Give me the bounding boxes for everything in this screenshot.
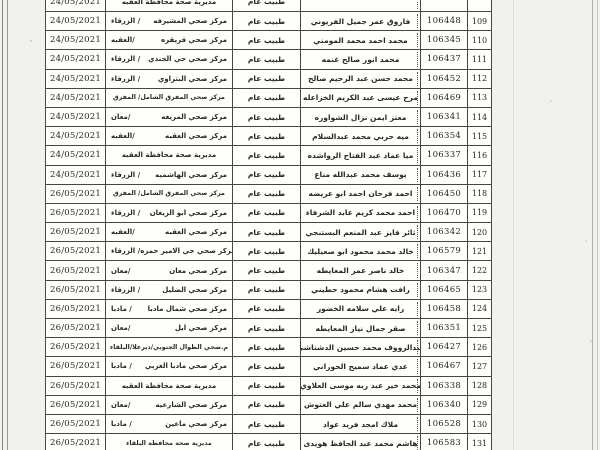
name-cell: معتز ايمن نزال الشواوره: [301, 108, 421, 126]
date-cell: 26/05/2021: [46, 434, 106, 450]
job-title-cell: طبيب عام: [233, 31, 301, 49]
district-label: /العقبه: [111, 228, 135, 236]
health-center-label: مركز صحي الضليل: [162, 286, 227, 294]
job-title-cell: طبيب عام: [233, 146, 301, 164]
health-center-label: مركز صحي المفرق الشامل/ المفرق: [113, 94, 225, 101]
id-cell: 106354: [421, 127, 468, 145]
health-center-label: مديرية صحة محافظة العقبه: [122, 151, 216, 159]
row-number-cell: 130: [468, 415, 491, 433]
id-cell: 106338: [421, 377, 468, 395]
name-cell: [301, 0, 421, 11]
workplace-cell: /العقبهمركز صحي قريقره: [106, 31, 233, 49]
page-margin-faint-rule: [513, 0, 514, 450]
district-label: /العقبه: [111, 36, 135, 44]
table-row: 24/05/2021/العقبهمركز صحي قريقرهطبيب عام…: [46, 31, 491, 50]
page-edge-rule-right-outer: [597, 0, 598, 450]
row-number-cell: [468, 0, 491, 11]
health-center-label: مركز صحي حي الامير حمزه: [140, 247, 233, 255]
scan-noise-specks: [30, 40, 32, 42]
id-cell: 106342: [421, 223, 468, 241]
health-center-label: م.صحي الطوال الجنوبي/ديرعلا/البلقاء: [110, 344, 228, 351]
row-number-cell: 115: [468, 127, 491, 145]
table-row: 26/05/2021/معانمركز صحي الشارعيهطبيب عام…: [46, 396, 491, 415]
workplace-cell: /العقبهمركز صحي العقبه: [106, 223, 233, 241]
table-row: 26/05/2021/ الزرقاءمركز صحي ابو الزيغانط…: [46, 204, 491, 223]
partial-table-row: 24/05/2021مديرية صحة محافظة العقبهطبيب ع…: [46, 0, 491, 12]
name-cell: محمد انور صالح غنمه: [301, 50, 421, 68]
date-cell: 26/05/2021: [46, 319, 106, 337]
district-label: / الزرقاء: [111, 247, 140, 255]
job-title-cell: طبيب عام: [233, 300, 301, 318]
name-cell: احمد محمد كريم عابد الشرفاء: [301, 204, 421, 222]
district-label: / الزرقاء: [111, 55, 140, 63]
date-cell: 24/05/2021: [46, 146, 106, 164]
health-center-label: مركز صحي ابو الزيغان: [150, 209, 227, 217]
date-cell: 26/05/2021: [46, 396, 106, 414]
id-cell: 106528: [421, 415, 468, 433]
scanned-table: 24/05/2021مديرية صحة محافظة العقبهطبيب ع…: [45, 0, 492, 450]
job-title-cell: طبيب عام: [233, 415, 301, 433]
name-cell: محمد خير عبد ربه موسى العلاوي: [301, 377, 421, 395]
district-label: /معان: [111, 113, 130, 121]
workplace-cell: / الزرقاءمركز صحي الضليل: [106, 281, 233, 299]
date-cell: 24/05/2021: [46, 50, 106, 68]
row-number-cell: 131: [468, 434, 491, 450]
id-cell: 106345: [421, 31, 468, 49]
row-number-cell: 120: [468, 223, 491, 241]
district-label: / الزرقاء: [111, 209, 140, 217]
workplace-cell: مديرية صحة محافظة البلقاء: [106, 434, 233, 450]
date-cell: 24/05/2021: [46, 12, 106, 30]
health-center-label: مركز صحي المشيرفه: [153, 17, 227, 25]
table-row: 26/05/2021/ مادبامركز صحي مادبا الغربيطب…: [46, 357, 491, 376]
row-number-cell: 117: [468, 166, 491, 184]
health-center-label: مركز صحي العقبه: [165, 132, 227, 140]
id-cell: [421, 0, 468, 11]
job-title-cell: طبيب عام: [233, 185, 301, 203]
health-center-label: مركز صحي معان: [169, 267, 227, 275]
district-label: / مادبا: [111, 305, 132, 313]
table-row: 26/05/2021/ مادبامركز صحي ماعينطبيب عامم…: [46, 415, 491, 434]
row-number-cell: 126: [468, 338, 491, 356]
table-row: 26/05/2021/معانمركز صحي ايلطبيب عامصقر ج…: [46, 319, 491, 338]
id-cell: 106437: [421, 50, 468, 68]
health-center-label: مديرية صحة محافظة العقبه: [122, 0, 216, 6]
name-cell: فاروق عمر جميل الفريوني: [301, 12, 421, 30]
row-number-cell: 121: [468, 242, 491, 260]
job-title-cell: طبيب عام: [233, 0, 301, 11]
name-cell: رافت هشام محمود حطيني: [301, 281, 421, 299]
row-number-cell: 129: [468, 396, 491, 414]
workplace-cell: مديرية صحة محافظة العقبه: [106, 377, 233, 395]
row-number-cell: 109: [468, 12, 491, 30]
job-title-cell: طبيب عام: [233, 281, 301, 299]
job-title-cell: طبيب عام: [233, 434, 301, 450]
name-cell: خالد ناصر عمر المعايطه: [301, 261, 421, 279]
table-row: 26/05/2021/ الزرقاءمركز صحي الضليلطبيب ع…: [46, 281, 491, 300]
row-number-cell: 123: [468, 281, 491, 299]
row-number-cell: 119: [468, 204, 491, 222]
workplace-cell: / مادبامركز صحي شمال مادبا: [106, 300, 233, 318]
id-cell: 106583: [421, 434, 468, 450]
table-row: 24/05/2021مديرية صحة محافظة العقبهطبيب ع…: [46, 146, 491, 165]
table-row: 26/05/2021/العقبهمركز صحي العقبهطبيب عام…: [46, 223, 491, 242]
page-edge-rule-right-inner: [592, 0, 593, 450]
district-label: / مادبا: [111, 362, 132, 370]
name-cell: ثائر فايز عبد المنعم البستنجي: [301, 223, 421, 241]
id-cell: 106465: [421, 281, 468, 299]
workplace-cell: / الزرقاءمركز صحي البتراوي: [106, 70, 233, 88]
health-center-label: مركز صحي قريقره: [161, 36, 227, 44]
district-label: /العقبه: [111, 132, 135, 140]
job-title-cell: طبيب عام: [233, 12, 301, 30]
workplace-cell: / الزرقاءمركز صحي ابو الزيغان: [106, 204, 233, 222]
job-title-cell: طبيب عام: [233, 261, 301, 279]
workplace-cell: مديرية صحة محافظة العقبه: [106, 0, 233, 11]
id-cell: 106450: [421, 185, 468, 203]
job-title-cell: طبيب عام: [233, 50, 301, 68]
district-label: / الزرقاء: [111, 171, 140, 179]
row-number-cell: 113: [468, 89, 491, 107]
id-cell: 106337: [421, 146, 468, 164]
district-label: /معان: [111, 324, 130, 332]
date-cell: 26/05/2021: [46, 242, 106, 260]
job-title-cell: طبيب عام: [233, 89, 301, 107]
date-cell: 26/05/2021: [46, 415, 106, 433]
district-label: / الزرقاء: [111, 17, 140, 25]
id-cell: 106347: [421, 261, 468, 279]
page-edge-rule-left-outer: [2, 0, 3, 450]
workplace-cell: مركز صحي المفرق الشامل/ المفرق: [106, 89, 233, 107]
name-cell: محمد احمد محمد المومني: [301, 31, 421, 49]
workplace-cell: / الزرقاءمركز صحي حي الجندي: [106, 50, 233, 68]
id-cell: 106427: [421, 338, 468, 356]
name-cell: محمد حسن عبد الرحيم صالح: [301, 70, 421, 88]
workplace-cell: / الزرقاءمركز صحي المشيرفه: [106, 12, 233, 30]
workplace-cell: / مادبامركز صحي ماعين: [106, 415, 233, 433]
table-row: 24/05/2021/ الزرقاءمركز صحي الهاشميهطبيب…: [46, 166, 491, 185]
name-cell: ميه حربي محمد عبدالسلام: [301, 127, 421, 145]
workplace-cell: / الزرقاءمركز صحي حي الامير حمزه: [106, 242, 233, 260]
date-cell: 24/05/2021: [46, 0, 106, 11]
district-label: /معان: [111, 267, 130, 275]
id-cell: 106351: [421, 319, 468, 337]
id-cell: 106458: [421, 300, 468, 318]
table-row: 24/05/2021/ الزرقاءمركز صحي حي الجنديطبي…: [46, 50, 491, 69]
district-label: / مادبا: [111, 420, 132, 428]
row-number-cell: 124: [468, 300, 491, 318]
date-cell: 24/05/2021: [46, 166, 106, 184]
table-row: 26/05/2021/ الزرقاءمركز صحي حي الامير حم…: [46, 242, 491, 261]
district-label: / الزرقاء: [111, 75, 140, 83]
table-row: 24/05/2021/معانمركز صحي المريغهطبيب عامم…: [46, 108, 491, 127]
row-number-cell: 114: [468, 108, 491, 126]
workplace-cell: / مادبامركز صحي مادبا الغربي: [106, 357, 233, 375]
row-number-cell: 128: [468, 377, 491, 395]
table-row: 26/05/2021م.صحي الطوال الجنوبي/ديرعلا/ال…: [46, 338, 491, 357]
job-title-cell: طبيب عام: [233, 357, 301, 375]
date-cell: 26/05/2021: [46, 223, 106, 241]
job-title-cell: طبيب عام: [233, 396, 301, 414]
workplace-cell: مديرية صحة محافظة العقبه: [106, 146, 233, 164]
table-row: 24/05/2021/العقبهمركز صحي العقبهطبيب عام…: [46, 127, 491, 146]
name-cell: هاشم محمد عبد الحافظ هويدى: [301, 434, 421, 450]
health-center-label: مركز صحي الهاشميه: [155, 171, 227, 179]
health-center-label: مركز صحي العقبه: [165, 228, 227, 236]
row-number-cell: 118: [468, 185, 491, 203]
name-cell: مرح عيسى عبد الكريم الخزاعله: [301, 89, 421, 107]
health-center-label: مديرية صحة محافظة العقبه: [122, 382, 216, 390]
date-cell: 24/05/2021: [46, 31, 106, 49]
date-cell: 26/05/2021: [46, 281, 106, 299]
health-center-label: مركز صحي البتراوي: [158, 75, 227, 83]
row-number-cell: 116: [468, 146, 491, 164]
id-cell: 106340: [421, 396, 468, 414]
id-cell: 106579: [421, 242, 468, 260]
job-title-cell: طبيب عام: [233, 166, 301, 184]
table-row: 26/05/2021مركز صحي المفرق الشامل/ المفرق…: [46, 185, 491, 204]
id-cell: 106467: [421, 357, 468, 375]
page-edge-rule-left-inner: [7, 0, 8, 450]
health-center-label: مركز صحي مادبا الغربي: [145, 362, 227, 370]
date-cell: 26/05/2021: [46, 357, 106, 375]
date-cell: 24/05/2021: [46, 89, 106, 107]
name-cell: عدي عماد سميح الحوراني: [301, 357, 421, 375]
id-cell: 106469: [421, 89, 468, 107]
health-center-label: مركز صحي ايل: [175, 324, 227, 332]
row-number-cell: 125: [468, 319, 491, 337]
name-cell: عبدالرووف محمد حسين الدشتاشي: [301, 338, 421, 356]
name-cell: يوسف محمد عبدالله مناع: [301, 166, 421, 184]
job-title-cell: طبيب عام: [233, 70, 301, 88]
date-cell: 26/05/2021: [46, 204, 106, 222]
row-number-cell: 112: [468, 70, 491, 88]
district-label: /معان: [111, 401, 130, 409]
date-cell: 26/05/2021: [46, 185, 106, 203]
table-row: 26/05/2021مديرية صحة محافظة العقبهطبيب ع…: [46, 377, 491, 396]
workplace-cell: /معانمركز صحي المريغه: [106, 108, 233, 126]
date-cell: 26/05/2021: [46, 338, 106, 356]
workplace-cell: /معانمركز صحي الشارعيه: [106, 396, 233, 414]
table-row: 24/05/2021/ الزرقاءمركز صحي البتراويطبيب…: [46, 70, 491, 89]
workplace-cell: م.صحي الطوال الجنوبي/ديرعلا/البلقاء: [106, 338, 233, 356]
job-title-cell: طبيب عام: [233, 127, 301, 145]
workplace-cell: /العقبهمركز صحي العقبه: [106, 127, 233, 145]
workplace-cell: /معانمركز صحي ايل: [106, 319, 233, 337]
job-title-cell: طبيب عام: [233, 204, 301, 222]
name-cell: رايه علي سلامه الخضور: [301, 300, 421, 318]
row-number-cell: 111: [468, 50, 491, 68]
date-cell: 24/05/2021: [46, 108, 106, 126]
table-row: 26/05/2021/ مادبامركز صحي شمال مادباطبيب…: [46, 300, 491, 319]
date-cell: 24/05/2021: [46, 127, 106, 145]
health-center-label: مديرية صحة محافظة البلقاء: [126, 440, 212, 447]
job-title-cell: طبيب عام: [233, 108, 301, 126]
workplace-cell: /معانمركز صحي معان: [106, 261, 233, 279]
job-title-cell: طبيب عام: [233, 319, 301, 337]
date-cell: 26/05/2021: [46, 377, 106, 395]
date-cell: 24/05/2021: [46, 70, 106, 88]
row-number-cell: 127: [468, 357, 491, 375]
table-row: 24/05/2021/ الزرقاءمركز صحي المشيرفهطبيب…: [46, 12, 491, 31]
id-cell: 106448: [421, 12, 468, 30]
id-cell: 106341: [421, 108, 468, 126]
district-label: / الزرقاء: [111, 286, 140, 294]
table-row: 24/05/2021مركز صحي المفرق الشامل/ المفرق…: [46, 89, 491, 108]
workplace-cell: / الزرقاءمركز صحي الهاشميه: [106, 166, 233, 184]
name-cell: ملاك امجد فريد عواد: [301, 415, 421, 433]
table-row: 26/05/2021/معانمركز صحي معانطبيب عامخالد…: [46, 261, 491, 280]
job-title-cell: طبيب عام: [233, 338, 301, 356]
row-number-cell: 110: [468, 31, 491, 49]
health-center-label: مركز صحي ماعين: [165, 420, 227, 428]
health-center-label: مركز صحي الشارعيه: [155, 401, 227, 409]
name-cell: صقر جمال نياز المعايطه: [301, 319, 421, 337]
id-cell: 106436: [421, 166, 468, 184]
health-center-label: مركز صحي شمال مادبا: [148, 305, 227, 313]
job-title-cell: طبيب عام: [233, 242, 301, 260]
name-cell: احمد فرحان احمد ابو عريضه: [301, 185, 421, 203]
workplace-cell: مركز صحي المفرق الشامل/ المفرق: [106, 185, 233, 203]
date-cell: 26/05/2021: [46, 300, 106, 318]
job-title-cell: طبيب عام: [233, 223, 301, 241]
name-cell: ميا عماد عبد الفتاح الرواشده: [301, 146, 421, 164]
id-cell: 106470: [421, 204, 468, 222]
health-center-label: مركز صحي المفرق الشامل/ المفرق: [113, 190, 225, 197]
health-center-label: مركز صحي حي الجندي: [148, 55, 227, 63]
name-cell: محمد مهدي سالم علي العتوش: [301, 396, 421, 414]
job-title-cell: طبيب عام: [233, 377, 301, 395]
date-cell: 26/05/2021: [46, 261, 106, 279]
id-cell: 106452: [421, 70, 468, 88]
health-center-label: مركز صحي المريغه: [161, 113, 227, 121]
row-number-cell: 122: [468, 261, 491, 279]
table-row: 26/05/2021مديرية صحة محافظة البلقاءطبيب …: [46, 434, 491, 450]
name-cell: خالد محمد محمود ابو صعيليك: [301, 242, 421, 260]
